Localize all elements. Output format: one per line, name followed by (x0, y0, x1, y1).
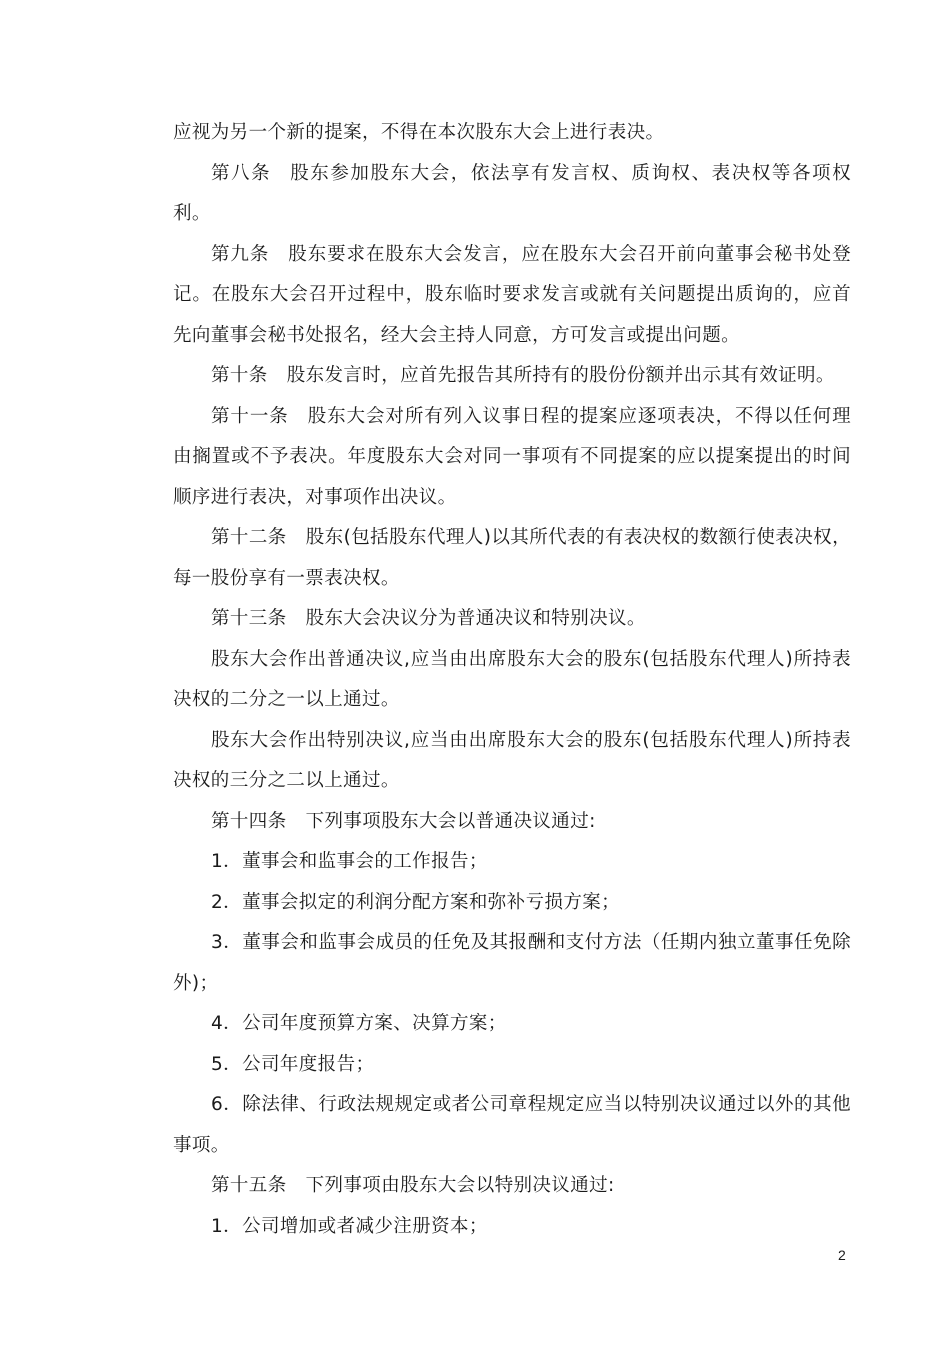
paragraph-text: 下列事项由股东大会以特别决议通过: (306, 1175, 615, 1196)
article-11: 第十一条股东大会对所有列入议事日程的提案应逐项表决，不得以任何理由搁置或不予表决… (173, 397, 851, 519)
paragraph-text: 股东大会作出特别决议,应当由出席股东大会的股东(包括股东代理人)所持表决权的三分… (173, 730, 851, 792)
article-10: 第十条股东发言时，应首先报告其所持有的股份份额并出示其有效证明。 (173, 356, 851, 397)
document-body: 应视为另一个新的提案，不得在本次股东大会上进行表决。 第八条股东参加股东大会，依… (173, 113, 851, 1247)
article-8: 第八条股东参加股东大会，依法享有发言权、质询权、表决权等各项权利。 (173, 154, 851, 235)
list-item-text: 4．公司年度预算方案、决算方案； (211, 1013, 507, 1034)
article-15: 第十五条下列事项由股东大会以特别决议通过: (173, 1166, 851, 1207)
article-number: 第十三条 (211, 608, 287, 629)
list-item: 3．董事会和监事会成员的任免及其报酬和支付方法（任期内独立董事任免除外)； (173, 923, 851, 1004)
paragraph-text: 下列事项股东大会以普通决议通过: (306, 811, 596, 832)
article-9: 第九条股东要求在股东大会发言，应在股东大会召开前向董事会秘书处登记。在股东大会召… (173, 235, 851, 357)
article-number: 第十四条 (211, 811, 287, 832)
list-item: 6．除法律、行政法规规定或者公司章程规定应当以特别决议通过以外的其他事项。 (173, 1085, 851, 1166)
article-number: 第十条 (211, 365, 268, 386)
list-item-text: 2．董事会拟定的利润分配方案和弥补亏损方案； (211, 892, 620, 913)
article-14: 第十四条下列事项股东大会以普通决议通过: (173, 802, 851, 843)
list-item: 5．公司年度报告； (173, 1045, 851, 1086)
paragraph: 股东大会作出特别决议,应当由出席股东大会的股东(包括股东代理人)所持表决权的三分… (173, 721, 851, 802)
list-item-text: 3．董事会和监事会成员的任免及其报酬和支付方法（任期内独立董事任免除外)； (173, 932, 851, 994)
list-item: 2．董事会拟定的利润分配方案和弥补亏损方案； (173, 883, 851, 924)
paragraph: 应视为另一个新的提案，不得在本次股东大会上进行表决。 (173, 113, 851, 154)
list-item-text: 1．董事会和监事会的工作报告； (211, 851, 488, 872)
paragraph-text: 股东发言时，应首先报告其所持有的股份份额并出示其有效证明。 (287, 365, 835, 386)
article-number: 第八条 (211, 163, 271, 184)
list-item-text: 5．公司年度报告； (211, 1054, 374, 1075)
list-item-text: 6．除法律、行政法规规定或者公司章程规定应当以特别决议通过以外的其他事项。 (173, 1094, 851, 1156)
article-number: 第十一条 (211, 406, 289, 427)
list-item-text: 1．公司增加或者减少注册资本； (211, 1216, 488, 1237)
paragraph-text: 股东大会作出普通决议,应当由出席股东大会的股东(包括股东代理人)所持表决权的二分… (173, 649, 851, 711)
document-page: 应视为另一个新的提案，不得在本次股东大会上进行表决。 第八条股东参加股东大会，依… (0, 0, 950, 1345)
paragraph-text: 应视为另一个新的提案，不得在本次股东大会上进行表决。 (173, 122, 664, 143)
article-12: 第十二条股东(包括股东代理人)以其所代表的有表决权的数额行使表决权，每一股份享有… (173, 518, 851, 599)
article-number: 第十二条 (211, 527, 287, 548)
article-number: 第九条 (211, 244, 269, 265)
paragraph: 股东大会作出普通决议,应当由出席股东大会的股东(包括股东代理人)所持表决权的二分… (173, 640, 851, 721)
list-item: 1．董事会和监事会的工作报告； (173, 842, 851, 883)
list-item: 1．公司增加或者减少注册资本； (173, 1207, 851, 1248)
paragraph-text: 股东大会决议分为普通决议和特别决议。 (306, 608, 646, 629)
paragraph-text: 股东参加股东大会，依法享有发言权、质询权、表决权等各项权利。 (173, 163, 851, 225)
article-number: 第十五条 (211, 1175, 287, 1196)
paragraph-text: 股东要求在股东大会发言，应在股东大会召开前向董事会秘书处登记。在股东大会召开过程… (173, 244, 851, 346)
article-13: 第十三条股东大会决议分为普通决议和特别决议。 (173, 599, 851, 640)
list-item: 4．公司年度预算方案、决算方案； (173, 1004, 851, 1045)
page-number: 2 (838, 1247, 846, 1263)
